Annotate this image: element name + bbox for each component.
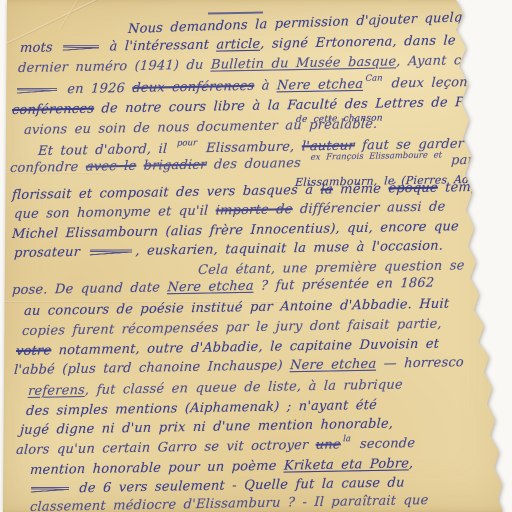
- fold-crease-right: [0, 0, 2, 180]
- manuscript-line: de cette chanson: [296, 113, 383, 125]
- handwritten-text: de 6 vers seulement - Quelle fut la caus…: [72, 475, 405, 496]
- handwritten-text: mention honorable pour un poème: [30, 459, 285, 478]
- handwritten-text: Et tout d'abord, il: [38, 142, 175, 159]
- handwritten-text: copies furent récompensées par le jury d…: [22, 317, 443, 339]
- handwritten-text: seconde: [352, 436, 415, 452]
- manuscript-line: au concours de poésie institué par Antoi…: [24, 297, 450, 319]
- manuscript-line: l'abbé (plus tard chanoine Inchauspe) Ne…: [14, 355, 465, 378]
- underlined-text: article: [216, 37, 261, 53]
- handwritten-text: en 1926: [60, 81, 133, 97]
- handwritten-text: même: [333, 181, 389, 197]
- struck-text: conférences: [12, 102, 95, 118]
- manuscript-text: Nous demandons la permission d'ajouter q…: [0, 0, 512, 512]
- struck-text: importe de: [215, 202, 293, 218]
- manuscript-page: Nous demandons la permission d'ajouter q…: [0, 0, 512, 512]
- struck-text: deux conférences: [132, 79, 255, 96]
- manuscript-line: jugé digne ni d'un prix ni d'une mention…: [20, 416, 394, 438]
- handwritten-text: l'abbé (plus tard chanoine Inchauspe): [14, 358, 291, 378]
- handwritten-text: , euskarien, taquinait la muse à l'occas…: [135, 239, 443, 259]
- struck-text: une: [315, 437, 341, 452]
- handwritten-text: différencier aussi de: [292, 199, 446, 217]
- handwritten-text: Elissambure,: [198, 139, 302, 156]
- handwritten-text: de notre cours libre à la Faculté des Le…: [94, 94, 512, 117]
- manuscript-line: alors qu'un certain Garro se vit octroye…: [16, 436, 416, 458]
- underlined-text: referens: [28, 383, 86, 399]
- scribbled-out-word: [63, 43, 99, 53]
- handwritten-text: notamment, outre d'Abbadie, le capitaine…: [51, 337, 440, 359]
- underlined-text: Kriketa eta Pobre: [283, 456, 409, 473]
- handwritten-text: mots: [20, 40, 61, 56]
- underlined-text: Nere etchea: [277, 77, 364, 94]
- manuscript-line: conférences de notre cours libre à la Fa…: [12, 94, 512, 118]
- manuscript-line: que son homonyme et qu'il importe de dif…: [14, 199, 446, 222]
- handwritten-text: dernier numéro (1941) du: [18, 58, 212, 76]
- manuscript-line: en 1926 deux conférences à Nere etcheaCa…: [14, 75, 475, 98]
- scribbled-out-word: [90, 247, 132, 257]
- handwritten-text: ? fut présentée en 1862: [253, 276, 434, 294]
- handwritten-text: deux leçons: [384, 75, 475, 92]
- handwritten-text: — horresco: [376, 355, 464, 372]
- scribbled-out-word: [17, 85, 57, 95]
- handwritten-text: , Ayant consacré,: [396, 52, 512, 69]
- handwritten-text: de cette chanson: [296, 113, 383, 125]
- inserted-text: pour: [177, 138, 198, 148]
- handwritten-text: à: [254, 78, 277, 93]
- struck-text: votre: [16, 343, 52, 359]
- handwritten-text: , signé Ertonorena, dans le: [260, 33, 456, 51]
- manuscript-line: des simples mentions (Aiphamenak) ; n'ay…: [26, 398, 378, 419]
- struck-text: la: [320, 182, 333, 197]
- handwritten-text: que son homonyme et qu'il: [14, 203, 216, 222]
- handwritten-text: à l'intéressant: [102, 38, 217, 55]
- struck-text: brigadier: [143, 158, 207, 174]
- underlined-text: Bulletin du Musée basque: [211, 54, 397, 72]
- manuscript-line: mots à l'intéressant article, signé Erto…: [20, 33, 457, 56]
- manuscript-line: prosateur , euskarien, taquinait la muse…: [14, 239, 444, 262]
- struck-text: époque: [388, 181, 438, 197]
- struck-text: avec le: [85, 159, 136, 175]
- handwritten-text: au concours de poésie institué par Antoi…: [24, 297, 450, 319]
- manuscript-line: dernier numéro (1941) du Bulletin du Mus…: [18, 52, 512, 76]
- handwritten-text: ,: [409, 456, 414, 471]
- manuscript-line: pose. De quand date Nere etchea ? fut pr…: [12, 276, 435, 298]
- manuscript-line: referens, fut classé en queue de liste, …: [28, 377, 404, 399]
- handwritten-text: florissait et composait des vers basques…: [12, 183, 321, 203]
- handwritten-text: jugé digne ni d'un prix ni d'une mention…: [20, 416, 394, 438]
- handwritten-text: temps: [437, 180, 486, 196]
- handwritten-text: prosateur: [14, 245, 88, 261]
- scan-background: Nous demandons la permission d'ajouter q…: [0, 0, 512, 512]
- handwritten-text: des simples mentions (Aiphamenak) ; n'ay…: [26, 398, 378, 419]
- handwritten-text: alors qu'un certain Garro se vit octroye…: [16, 438, 317, 458]
- manuscript-line: copies furent récompensées par le jury d…: [22, 317, 443, 339]
- handwritten-text: pose. De quand date: [12, 280, 168, 298]
- handwritten-text: , fut classé en queue de liste, à la rub…: [85, 377, 404, 398]
- scribbled-out-word: [31, 484, 69, 494]
- handwritten-text: confondre: [10, 160, 87, 176]
- handwritten-text: des douanes: [206, 156, 308, 173]
- manuscript-line: mention honorable pour un poème Kriketa …: [30, 456, 414, 478]
- handwritten-text: par pseudonyme: [443, 151, 512, 168]
- manuscript-line: votre notamment, outre d'Abbadie, le cap…: [16, 337, 440, 359]
- inserted-text: ex François Elissamboure et: [310, 150, 442, 162]
- underlined-text: Nere etchea: [167, 279, 254, 296]
- underlined-text: Nere etchea: [290, 357, 377, 374]
- inserted-text: la: [343, 434, 351, 444]
- inserted-text: Can: [365, 74, 383, 84]
